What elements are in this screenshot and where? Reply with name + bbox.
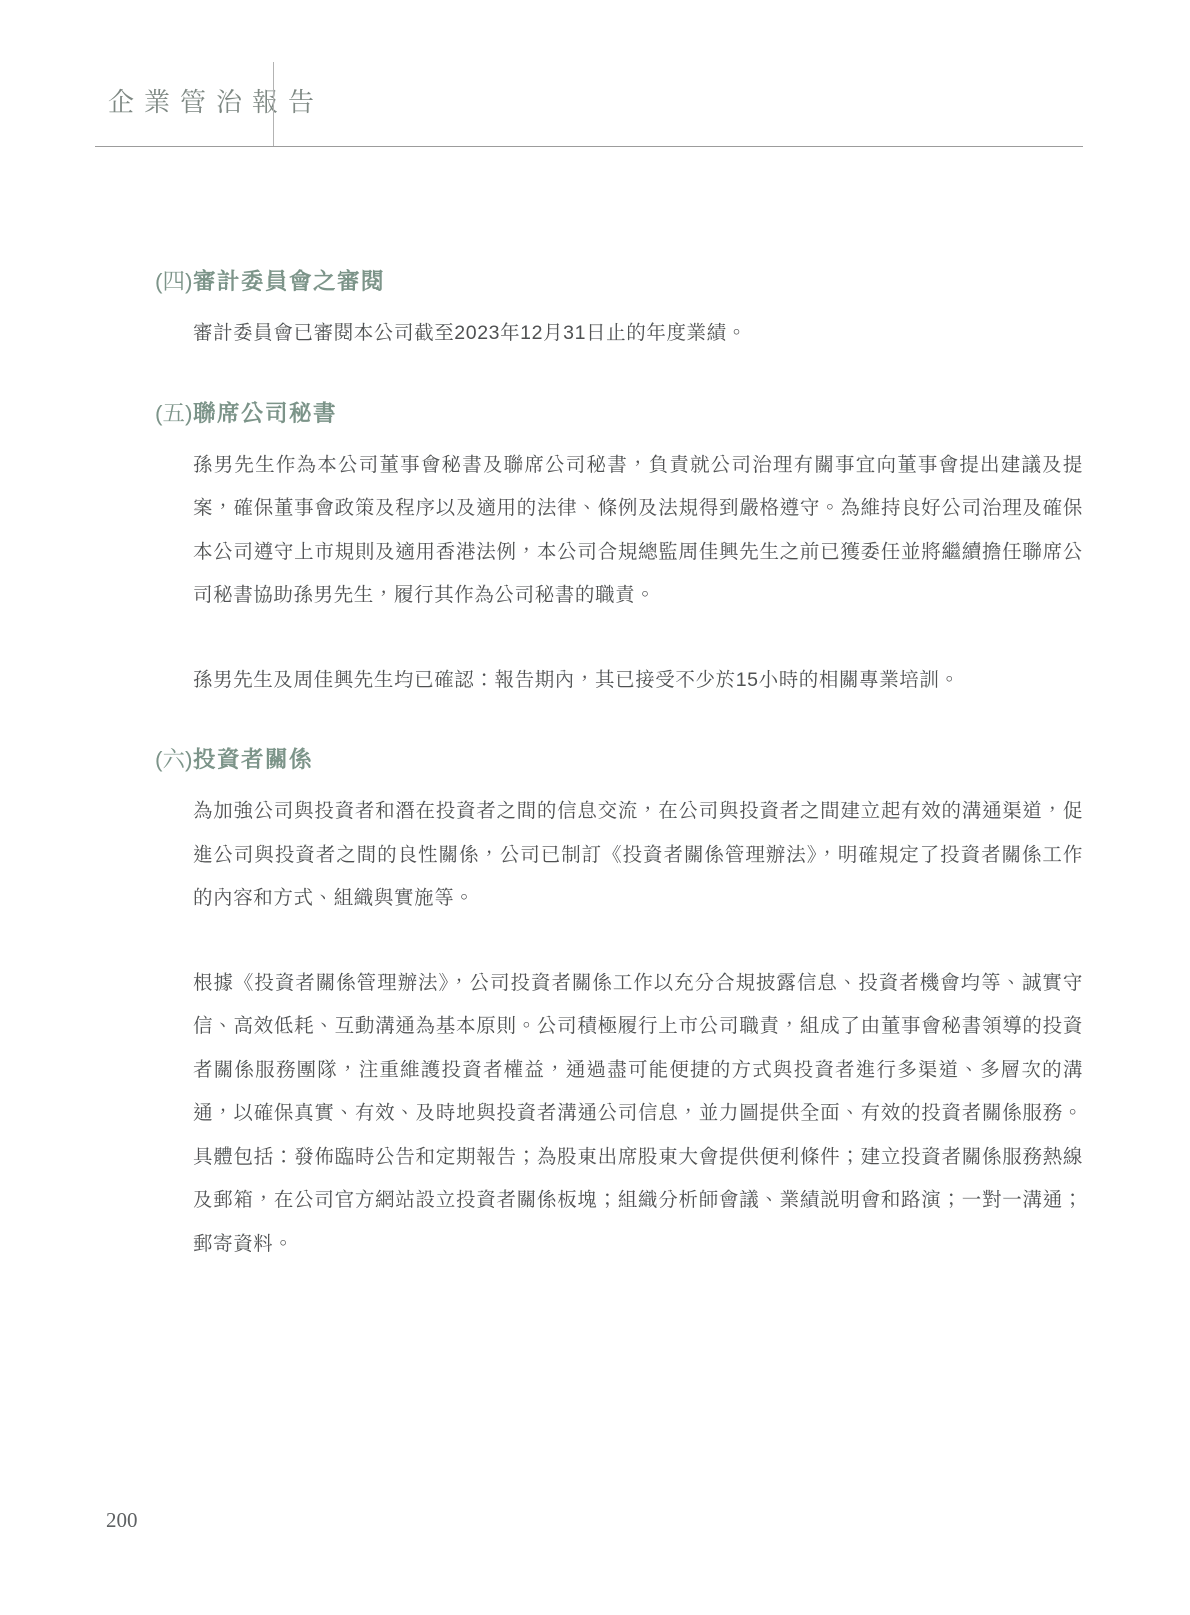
section-number: (六) [155, 744, 193, 775]
section-number: (四) [155, 266, 193, 297]
page-number: 200 [106, 1508, 138, 1533]
header-horizontal-rule [95, 146, 1083, 147]
section-title: 投資者關係 [193, 744, 313, 775]
paragraph: 審計委員會已審閱本公司截至2023年12月31日止的年度業績。 [193, 312, 1083, 356]
section-body: 為加強公司與投資者和潛在投資者之間的信息交流，在公司與投資者之間建立起有效的溝通… [193, 790, 1083, 1266]
section-title: 聯席公司秘書 [193, 398, 337, 429]
section-investor-relations: (六) 投資者關係 為加強公司與投資者和潛在投資者之間的信息交流，在公司與投資者… [155, 744, 1083, 1266]
section-number: (五) [155, 398, 193, 429]
document-content: (四) 審計委員會之審閱 審計委員會已審閱本公司截至2023年12月31日止的年… [155, 266, 1083, 1308]
paragraph: 根據《投資者關係管理辦法》，公司投資者關係工作以充分合規披露信息、投資者機會均等… [193, 962, 1083, 1267]
section-title: 審計委員會之審閱 [193, 266, 385, 297]
header-vertical-divider [273, 62, 274, 146]
page-title: 企業管治報告 [108, 82, 324, 119]
section-joint-company-secretaries: (五) 聯席公司秘書 孫男先生作為本公司董事會秘書及聯席公司秘書，負責就公司治理… [155, 398, 1083, 703]
paragraph: 孫男先生作為本公司董事會秘書及聯席公司秘書，負責就公司治理有關事宜向董事會提出建… [193, 444, 1083, 618]
paragraph: 孫男先生及周佳興先生均已確認：報告期內，其已接受不少於15小時的相關專業培訓。 [193, 659, 1083, 703]
report-page: 企業管治報告 (四) 審計委員會之審閱 審計委員會已審閱本公司截至2023年12… [0, 0, 1190, 1615]
paragraph: 為加強公司與投資者和潛在投資者之間的信息交流，在公司與投資者之間建立起有效的溝通… [193, 790, 1083, 921]
section-body: 孫男先生作為本公司董事會秘書及聯席公司秘書，負責就公司治理有關事宜向董事會提出建… [193, 444, 1083, 703]
section-audit-committee-review: (四) 審計委員會之審閱 審計委員會已審閱本公司截至2023年12月31日止的年… [155, 266, 1083, 356]
section-heading: (五) 聯席公司秘書 [155, 398, 1083, 429]
section-heading: (四) 審計委員會之審閱 [155, 266, 1083, 297]
section-body: 審計委員會已審閱本公司截至2023年12月31日止的年度業績。 [193, 312, 1083, 356]
section-heading: (六) 投資者關係 [155, 744, 1083, 775]
